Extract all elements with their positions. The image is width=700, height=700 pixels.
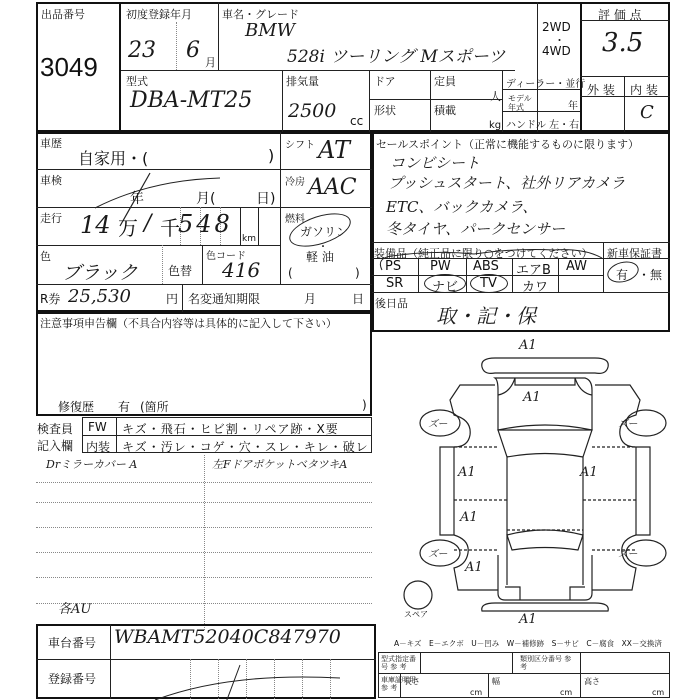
damage-legend: A－キズ E－エクボ U－凹み W－補修跡 S－サビ C－腐食 XX－交換済 (394, 638, 662, 649)
model-year-unit: 年 (568, 97, 578, 112)
wheel-mark-rf: ズー (618, 415, 638, 430)
recycle-unit: 円 (166, 290, 178, 307)
load-label: 積載 (434, 102, 456, 118)
vin-value: WBAMT52040C847970 (114, 626, 341, 648)
inspection-label: 車検 (40, 172, 62, 188)
repair-place: (箇所 (140, 398, 169, 415)
history-label: 車歴 (40, 135, 62, 151)
history-value: 自家用・( (78, 146, 148, 169)
model-label: 型式 (126, 73, 148, 89)
fuel-other-open: ( (288, 266, 293, 280)
color-change-label: 色替 (168, 262, 192, 279)
lot-number: 3049 (40, 52, 98, 83)
equip-sr: SR (386, 276, 403, 291)
later-items-value: 取・記・保 (436, 300, 536, 329)
recycle-label: R券 (40, 290, 60, 307)
mileage-unit: km (242, 234, 256, 244)
warranty-sep: ・ (638, 266, 650, 283)
interior-grade: C (640, 102, 654, 123)
comment-bottom: 各AU (58, 598, 91, 617)
reg-strike-mark (150, 660, 350, 700)
ac-label: 冷房 (285, 173, 305, 188)
category-label: 類別区分番号 参 考 (520, 655, 576, 671)
first-reg-month: 6 (186, 38, 200, 63)
comment-left: Drミラーカバー A (46, 456, 137, 472)
sales-point-line-4: 冬タイヤ、パークセンサー (386, 218, 565, 239)
shape-label: 形状 (374, 102, 396, 118)
sales-point-line-2: プッシュスタート、社外リアカメラ (388, 172, 625, 193)
notes-label: 注意事項申告欄（不具合内容等は具体的に記入して下さい） (40, 315, 337, 331)
rear-bumper-mark: A1 (519, 612, 537, 627)
recycle-value: 25,530 (68, 286, 131, 307)
name-change-month: 月 (304, 290, 316, 307)
load-unit: kg (489, 120, 501, 131)
door-label: ドア (374, 73, 396, 89)
shift-label: シフト (285, 136, 315, 151)
repair-value: 有 (118, 398, 130, 415)
equip-tv-circle (470, 274, 508, 293)
model-year-label: モデル年式 (508, 94, 538, 112)
left-rear-fender-mark: A1 (465, 560, 483, 575)
length-label: 長さ (404, 676, 420, 687)
handle-label: ハンドル 左・右 (506, 116, 579, 131)
mileage-man-unit: 万 (118, 212, 138, 241)
displacement-value: 2500 (288, 100, 336, 122)
sales-point-line-3: ETC、バックカメラ、 (386, 196, 537, 217)
height-unit: cm (652, 688, 664, 697)
mileage-rest: 548 (178, 210, 233, 238)
month-unit: 月 (205, 54, 216, 70)
left-front-door-mark: A1 (458, 465, 476, 480)
inspection-day-unit: 日) (256, 188, 275, 208)
color-value: ブラック (62, 258, 138, 285)
wheel-mark-lf: ズー (428, 415, 448, 430)
mileage-man: 14 (80, 211, 111, 239)
dealer-label: ディーラー・並行 (506, 75, 585, 90)
inspector-label-1: 検査員 (37, 420, 73, 437)
left-rear-door-mark: A1 (460, 510, 478, 525)
spare-label: スペア (404, 609, 428, 620)
inspector-label-2: 記入欄 (37, 437, 73, 454)
car-outline-icon (380, 335, 680, 615)
displacement-label: 排気量 (286, 73, 319, 89)
height-label: 高さ (584, 676, 600, 687)
type-designation-label: 型式指定番号 参 考 (381, 655, 419, 671)
fw-label: FW (88, 420, 107, 434)
warranty-no: 無 (650, 266, 662, 283)
vin-label: 車台番号 (48, 634, 96, 651)
length-unit: cm (470, 688, 482, 697)
comment-right: 左FドアポケットベタツキA (212, 456, 347, 472)
lot-label: 出品番号 (41, 6, 85, 22)
model-value: DBA-MT25 (130, 88, 252, 113)
mileage-label: 走行 (40, 210, 62, 226)
car-make: BMW (245, 20, 295, 41)
name-change-day: 日 (352, 290, 364, 307)
later-items-label: 後日品 (375, 295, 408, 311)
hood-mark: A1 (523, 390, 541, 405)
shift-value: AT (318, 136, 350, 164)
car-grade: 528i ツーリング Mスポーツ (287, 42, 505, 67)
score-value: 3.5 (602, 28, 643, 58)
width-label: 幅 (492, 676, 500, 687)
wheel-mark-lr: ズー (428, 545, 448, 560)
wheel-mark-rr: ズー (618, 545, 638, 560)
interior-label: 内装 (86, 438, 110, 455)
fuel-other-close: ) (355, 266, 360, 280)
interior-items: キズ・汚レ・コゲ・穴・スレ・キレ・破レ (122, 438, 369, 455)
repair-label: 修復歴 (58, 398, 94, 415)
first-reg-label: 初度登録年月 (126, 6, 192, 22)
sales-points-label: セールスポイント（正常に機能するものに限ります） (376, 136, 639, 152)
capacity-label: 定員 (434, 73, 456, 89)
width-unit: cm (560, 688, 572, 697)
displacement-unit: cc (350, 114, 363, 128)
color-code-value: 416 (222, 258, 260, 282)
right-front-door-mark: A1 (580, 465, 598, 480)
ac-value: AAC (308, 175, 357, 200)
mileage-sep: / (144, 211, 151, 236)
repair-close: ) (362, 398, 367, 412)
first-reg-year: 23 (128, 38, 156, 63)
name-change-label: 名変通知期限 (188, 290, 260, 307)
fuel-diesel: 軽 油 (306, 248, 334, 265)
equip-navi-circle (424, 274, 466, 293)
sales-point-line-1: コンビシート (390, 152, 480, 173)
capacity-unit: 人 (490, 88, 501, 104)
front-bumper-mark: A1 (519, 338, 537, 353)
drive-4wd: 4WD (542, 44, 571, 58)
reg-label: 登録番号 (48, 670, 96, 687)
fw-items: キズ・飛石・ヒビ割・リペア跡・X要 (122, 420, 339, 437)
color-label: 色 (40, 248, 51, 264)
history-close: ) (268, 146, 274, 165)
equip-loop-mark (374, 244, 604, 274)
mileage-sen-unit: 千 (160, 212, 180, 241)
